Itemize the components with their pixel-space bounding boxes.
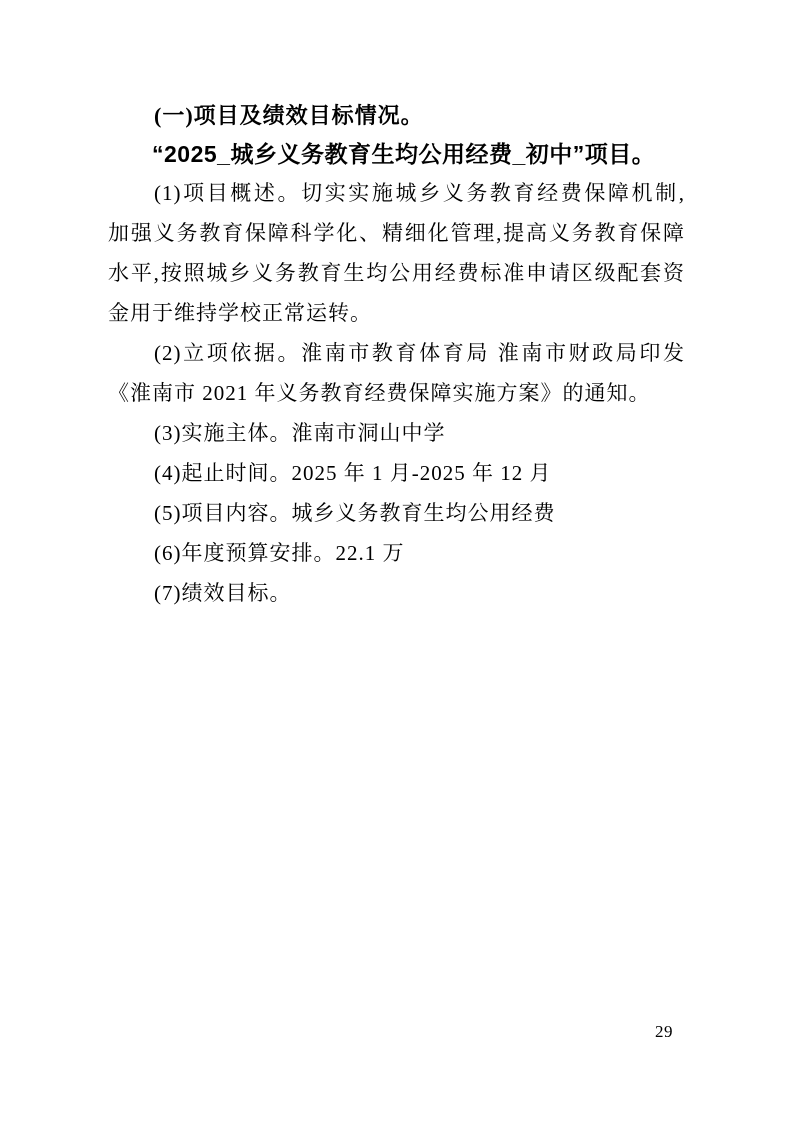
para-4-time-range: (4)起止时间。2025 年 1 月-2025 年 12 月 — [108, 453, 685, 493]
document-page: (一)项目及绩效目标情况。 “2025_城乡义务教育生均公用经费_初中”项目。 … — [0, 0, 793, 1122]
para-6-annual-budget: (6)年度预算安排。22.1 万 — [108, 533, 685, 573]
page-number: 29 — [655, 1020, 673, 1044]
para-2-line-2: 《淮南市 2021 年义务教育经费保障实施方案》的通知。 — [108, 373, 685, 413]
para-1-line-1: (1)项目概述。切实实施城乡义务教育经费保障机制, — [108, 173, 685, 213]
project-title: “2025_城乡义务教育生均公用经费_初中”项目。 — [108, 137, 685, 171]
para-7-performance-target: (7)绩效目标。 — [108, 573, 685, 613]
para-1-line-3: 水平,按照城乡义务教育生均公用经费标准申请区级配套资 — [108, 253, 685, 293]
para-1-line-2: 加强义务教育保障科学化、精细化管理,提高义务教育保障 — [108, 213, 685, 253]
para-2-line-1: (2)立项依据。淮南市教育体育局 淮南市财政局印发 — [108, 333, 685, 373]
section-heading: (一)项目及绩效目标情况。 — [108, 95, 685, 137]
para-3-implementing-body: (3)实施主体。淮南市洞山中学 — [108, 413, 685, 453]
document-content: (一)项目及绩效目标情况。 “2025_城乡义务教育生均公用经费_初中”项目。 … — [108, 95, 685, 613]
para-5-project-content: (5)项目内容。城乡义务教育生均公用经费 — [108, 493, 685, 533]
para-1-line-4: 金用于维持学校正常运转。 — [108, 293, 685, 333]
